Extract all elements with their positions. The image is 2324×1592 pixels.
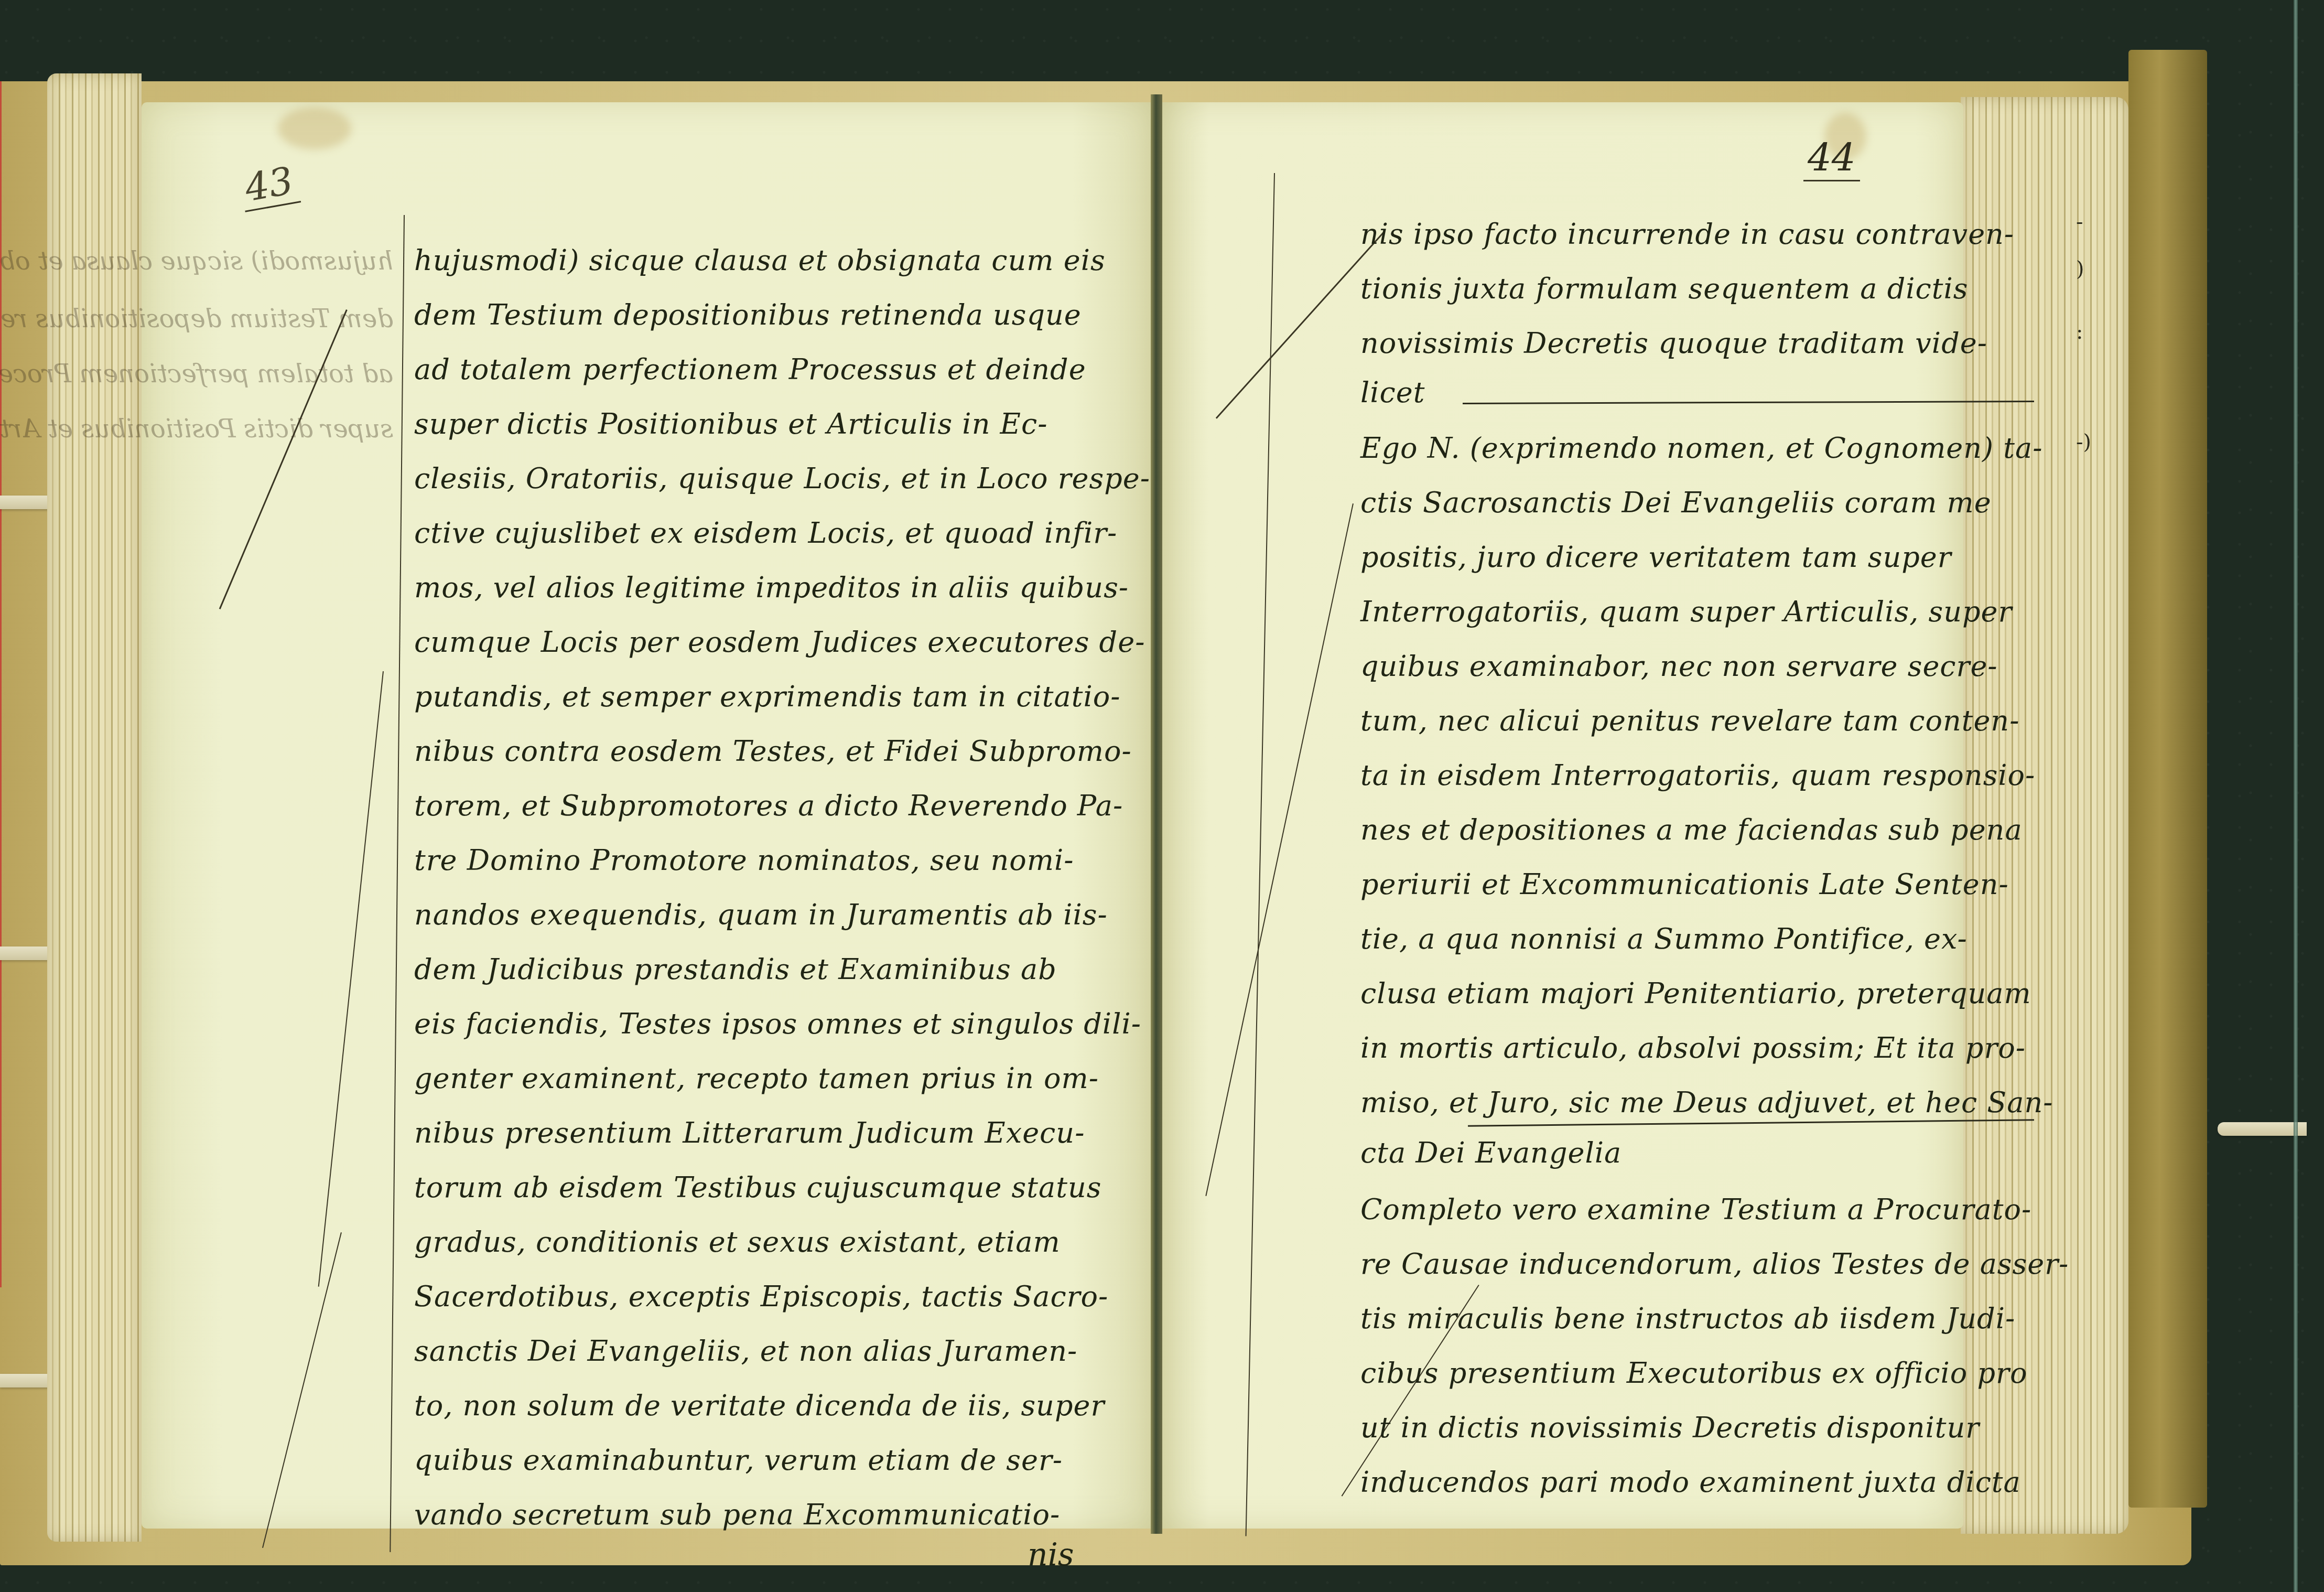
- folio-number-right: 44: [1803, 139, 1860, 181]
- glass-plate-edge: [2294, 0, 2298, 1592]
- text-line: nes et depositiones a me faciendas sub p…: [1360, 816, 2023, 844]
- text-line: torum ab eisdem Testibus cujuscumque sta…: [414, 1174, 1101, 1202]
- text-line: dem Testium depositionibus retinenda usq…: [414, 301, 1082, 329]
- text-line: Completo vero examine Testium a Procurat…: [1360, 1196, 2031, 1224]
- text-line: sanctis Dei Evangeliis, et non alias Jur…: [414, 1337, 1077, 1365]
- text-line: clusa etiam majori Penitentiario, preter…: [1360, 980, 2031, 1008]
- text-line: licet: [1360, 379, 1425, 407]
- text-line: quibus examinabuntur, verum etiam de ser…: [414, 1446, 1063, 1475]
- text-line: putandis, et semper exprimendis tam in c…: [414, 683, 1120, 711]
- margin-mark: ): [2076, 257, 2084, 281]
- text-line: torem, et Subpromotores a dicto Reverend…: [414, 792, 1123, 820]
- text-line: tis miraculis bene instructos ab iisdem …: [1360, 1305, 2015, 1333]
- text-line: quibus examinabor, nec non servare secre…: [1360, 652, 1998, 681]
- text-line: tre Domino Promotore nominatos, seu nomi…: [414, 846, 1074, 875]
- catchword: nis: [1028, 1536, 1074, 1573]
- book-gutter: [1151, 94, 1162, 1534]
- text-line: positis, juro dicere veritatem tam super: [1360, 543, 1952, 572]
- text-line: nandos exequendis, quam in Juramentis ab…: [414, 901, 1108, 929]
- text-line: mos, vel alios legitime impeditos in ali…: [414, 574, 1129, 602]
- margin-mark: -): [2076, 430, 2091, 454]
- text-line: ta in eisdem Interrogatoriis, quam respo…: [1360, 761, 2035, 790]
- text-line: in mortis articulo, absolvi possim; Et i…: [1360, 1034, 2026, 1062]
- text-line: super dictis Positionibus et Articulis i…: [414, 410, 1047, 438]
- text-line: genter examinent, recepto tamen prius in…: [414, 1064, 1099, 1093]
- page-stack-left: [47, 73, 142, 1542]
- text-line: Sacerdotibus, exceptis Episcopis, tactis…: [414, 1283, 1108, 1311]
- text-line: nis ipso facto incurrende in casu contra…: [1360, 220, 2014, 249]
- water-stain: [278, 107, 351, 149]
- text-line: periurii et Excommunicationis Late Sente…: [1360, 870, 2009, 899]
- margin-mark: :: [2076, 320, 2083, 344]
- text-line: nibus presentium Litterarum Judicum Exec…: [414, 1119, 1085, 1147]
- text-line: hujusmodi) sicque clausa et obsignata cu…: [414, 246, 1106, 275]
- text-line: cta Dei Evangelia: [1360, 1139, 1622, 1167]
- text-line: tum, nec alicui penitus revelare tam con…: [1360, 707, 2019, 735]
- text-line: ut in dictis novissimis Decretis disponi…: [1360, 1414, 1980, 1442]
- text-line: Interrogatoriis, quam super Articulis, s…: [1360, 598, 2012, 626]
- text-line: dem Judicibus prestandis et Examinibus a…: [414, 955, 1057, 984]
- text-line: vando secretum sub pena Excommunicatio-: [414, 1501, 1060, 1529]
- margin-mark: -: [2076, 210, 2083, 234]
- text-line: cibus presentium Executoribus ex officio…: [1360, 1359, 2027, 1387]
- text-line: ctive cujuslibet ex eisdem Locis, et quo…: [414, 519, 1117, 547]
- text-line: cumque Locis per eosdem Judices executor…: [414, 628, 1145, 657]
- text-line: ctis Sacrosanctis Dei Evangeliis coram m…: [1360, 489, 1992, 517]
- text-line: clesiis, Oratoriis, quisque Locis, et in…: [414, 465, 1150, 493]
- text-line: to, non solum de veritate dicenda de iis…: [414, 1392, 1105, 1420]
- manuscript-scan: hujusmodi) sicque clausa et obsignata cu…: [0, 0, 2324, 1592]
- text-line: ad totalem perfectionem Processus et dei…: [414, 356, 1086, 384]
- text-line: nibus contra eosdem Testes, et Fidei Sub…: [414, 737, 1132, 766]
- text-line: tie, a qua nonnisi a Summo Pontifice, ex…: [1360, 925, 1968, 953]
- text-line: gradus, conditionis et sexus existant, e…: [414, 1228, 1061, 1256]
- text-line: novissimis Decretis quoque traditam vide…: [1360, 329, 1987, 358]
- text-line: miso, et Juro, sic me Deus adjuvet, et h…: [1360, 1089, 2053, 1117]
- text-line: Ego N. (exprimendo nomen, et Cognomen) t…: [1360, 434, 2042, 462]
- cover-flap: [2128, 50, 2207, 1508]
- text-line: inducendos pari modo examinent juxta dic…: [1360, 1468, 2021, 1497]
- text-line: re Causae inducendorum, alios Testes de …: [1360, 1250, 2069, 1278]
- text-line: eis faciendis, Testes ipsos omnes et sin…: [414, 1010, 1141, 1038]
- text-line: tionis juxta formulam sequentem a dictis: [1360, 275, 1968, 303]
